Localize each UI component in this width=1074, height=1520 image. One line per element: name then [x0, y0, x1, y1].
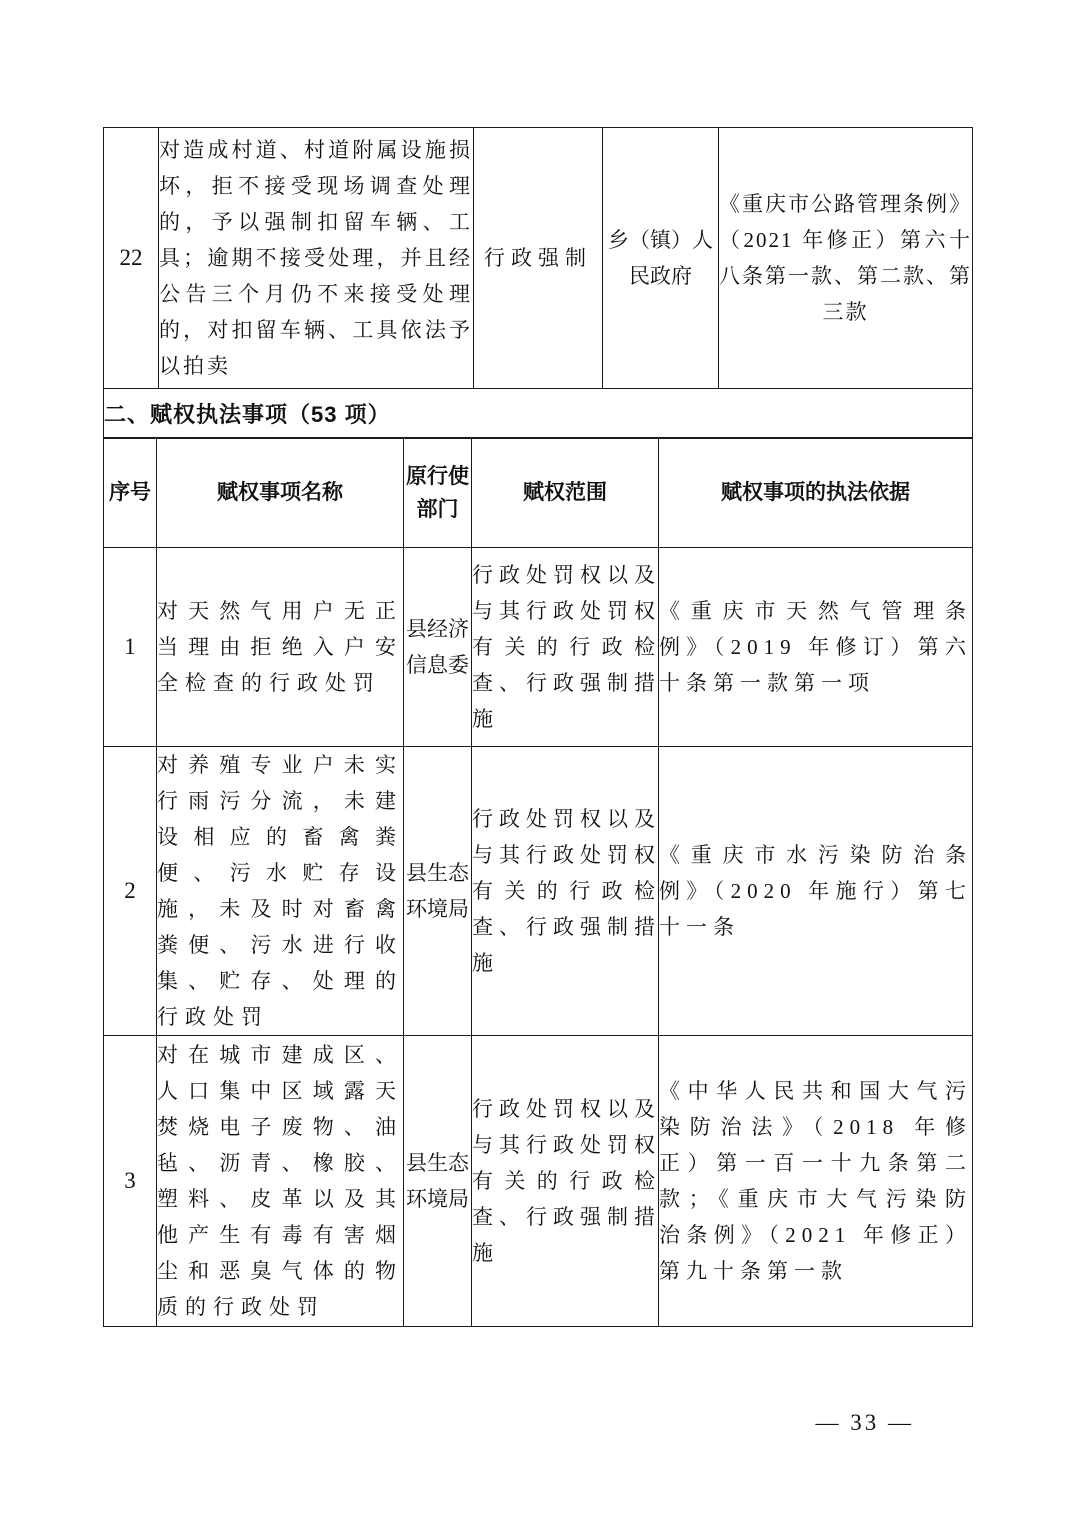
- cell-dept: 县生态环境局: [404, 1036, 472, 1327]
- cell-scope: 行政处罚权以及与其行政处罚权有关的行政检查、行政强制措施: [472, 548, 659, 747]
- table-row: 22 对造成村道、村道附属设施损坏，拒不接受现场调查处理的，予以强制扣留车辆、工…: [104, 128, 973, 389]
- cell-scope: 行政处罚权以及与其行政处罚权有关的行政检查、行政强制措施: [472, 1036, 659, 1327]
- cell-scope: 行政处罚权以及与其行政处罚权有关的行政检查、行政强制措施: [472, 747, 659, 1036]
- col-header-scope: 赋权范围: [472, 438, 659, 548]
- table-row: 2 对养殖专业户未实行雨污分流，未建设相应的畜禽粪便、污水贮存设施，未及时对畜禽…: [104, 747, 973, 1036]
- table-row: 3 对在城市建成区、人口集中区域露天焚烧电子废物、油毡、沥青、橡胶、塑料、皮革以…: [104, 1036, 973, 1327]
- cell-dept: 县生态环境局: [404, 747, 472, 1036]
- table-row: 二、赋权执法事项（53 项）: [104, 388, 973, 438]
- col-header-seq: 序号: [104, 438, 157, 548]
- authorization-document-table: 22 对造成村道、村道附属设施损坏，拒不接受现场调查处理的，予以强制扣留车辆、工…: [103, 127, 972, 1327]
- cell-seq: 2: [104, 747, 157, 1036]
- cell-item-name: 对在城市建成区、人口集中区域露天焚烧电子废物、油毡、沥青、橡胶、塑料、皮革以及其…: [157, 1036, 404, 1327]
- cell-item-name: 对天然气用户无正当理由拒绝入户安全检查的行政处罚: [157, 548, 404, 747]
- table-row: 1 对天然气用户无正当理由拒绝入户安全检查的行政处罚 县经济信息委 行政处罚权以…: [104, 548, 973, 747]
- cell-seq: 3: [104, 1036, 157, 1327]
- header-row: 序号 赋权事项名称 原行使部门 赋权范围 赋权事项的执法依据: [104, 438, 973, 548]
- cell-item-name: 对养殖专业户未实行雨污分流，未建设相应的畜禽粪便、污水贮存设施，未及时对畜禽粪便…: [157, 747, 404, 1036]
- document-page: { "page": { "number_label": "— 33 —" }, …: [0, 0, 1074, 1520]
- cell-seq: 1: [104, 548, 157, 747]
- col-header-basis: 赋权事项的执法依据: [659, 438, 973, 548]
- cell-dept: 县经济信息委: [404, 548, 472, 747]
- cell-legal-basis: 《重庆市公路管理条例》（2021 年修正）第六十八条第一款、第二款、第三款: [719, 128, 973, 389]
- cell-legal-basis: 《重庆市水污染防治条例》（2020 年施行）第七十一条: [659, 747, 973, 1036]
- cell-legal-basis: 《中华人民共和国大气污染防治法》（2018 年修正）第一百一十九条第二款；《重庆…: [659, 1036, 973, 1327]
- section-title: 二、赋权执法事项（53 项）: [104, 388, 973, 438]
- cell-seq: 22: [104, 128, 159, 389]
- col-header-name: 赋权事项名称: [157, 438, 404, 548]
- authorization-table: 序号 赋权事项名称 原行使部门 赋权范围 赋权事项的执法依据 1 对天然气用户无…: [103, 437, 973, 1327]
- page-number: — 33 —: [816, 1410, 915, 1436]
- cell-authority: 乡（镇）人民政府: [603, 128, 719, 389]
- cell-item-description: 对造成村道、村道附属设施损坏，拒不接受现场调查处理的，予以强制扣留车辆、工具；逾…: [159, 128, 474, 389]
- section-title-band: 二、赋权执法事项（53 项）: [103, 388, 973, 439]
- cell-legal-basis: 《重庆市天然气管理条例》（2019 年修订）第六十条第一款第一项: [659, 548, 973, 747]
- col-header-dept: 原行使部门: [404, 438, 472, 548]
- continuation-table: 22 对造成村道、村道附属设施损坏，拒不接受现场调查处理的，予以强制扣留车辆、工…: [103, 127, 973, 389]
- cell-enforcement-type: 行政强制: [474, 128, 603, 389]
